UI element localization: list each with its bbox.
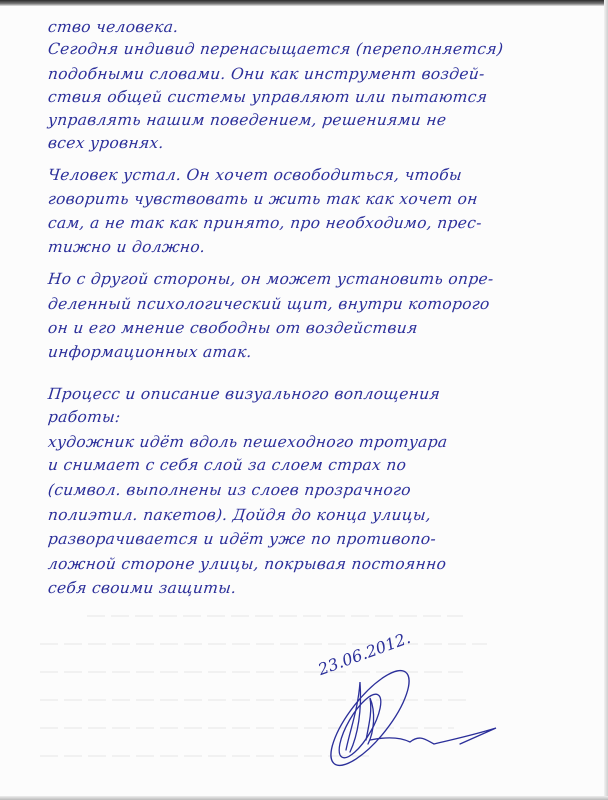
handwritten-line: он и его мнение свободны от воздействия <box>47 319 419 337</box>
handwritten-line: информационных атак. <box>47 343 253 361</box>
handwritten-line: деленный психологический щит, внутри кот… <box>47 295 491 313</box>
handwritten-line: ство человека. <box>47 18 179 36</box>
handwritten-line: работы: <box>47 408 122 426</box>
handwritten-line: подобными словами. Они как инструмент во… <box>47 65 486 83</box>
handwritten-line: ствия общей системы управляют или пытают… <box>47 88 488 106</box>
handwritten-line: тижно и должно. <box>47 238 206 256</box>
scan-bottom-edge <box>0 796 608 800</box>
handwritten-line: разворачивается и идёт уже по противопо- <box>47 530 437 548</box>
handwritten-line: сам, а не так как принято, про необходим… <box>47 214 483 232</box>
handwritten-line: ложной стороне улицы, покрывая постоянно <box>47 555 447 573</box>
handwritten-line: говорить чувствовать и жить так как хоче… <box>47 190 479 208</box>
handwritten-line: полиэтил. пакетов). Дойдя до конца улицы… <box>47 506 432 524</box>
handwritten-line: (символ. выполнены из слоев прозрачного <box>47 481 412 499</box>
handwritten-line: себя своими защиты. <box>47 579 237 597</box>
signature-block: 23.06.2012. <box>310 640 608 780</box>
handwritten-line: управлять нашим поведением, решениями не <box>47 111 447 129</box>
handwritten-line: всех уровнях. <box>47 134 165 152</box>
handwritten-line: и снимает с себя слой за слоем страх по <box>47 456 407 474</box>
scan-top-edge <box>0 0 608 6</box>
handwritten-line: Человек устал. Он хочет освободиться, чт… <box>47 166 463 184</box>
handwritten-line: Сегодня индивид перенасыщается (переполн… <box>47 40 504 58</box>
handwritten-line: Но с другой стороны, он может установить… <box>47 270 494 288</box>
scanned-page: ство человека.Сегодня индивид перенасыща… <box>0 0 608 800</box>
handwritten-line: художник идёт вдоль пешеходного тротуара <box>47 433 448 451</box>
handwritten-line: Процесс и описание визуального воплощени… <box>47 385 441 403</box>
